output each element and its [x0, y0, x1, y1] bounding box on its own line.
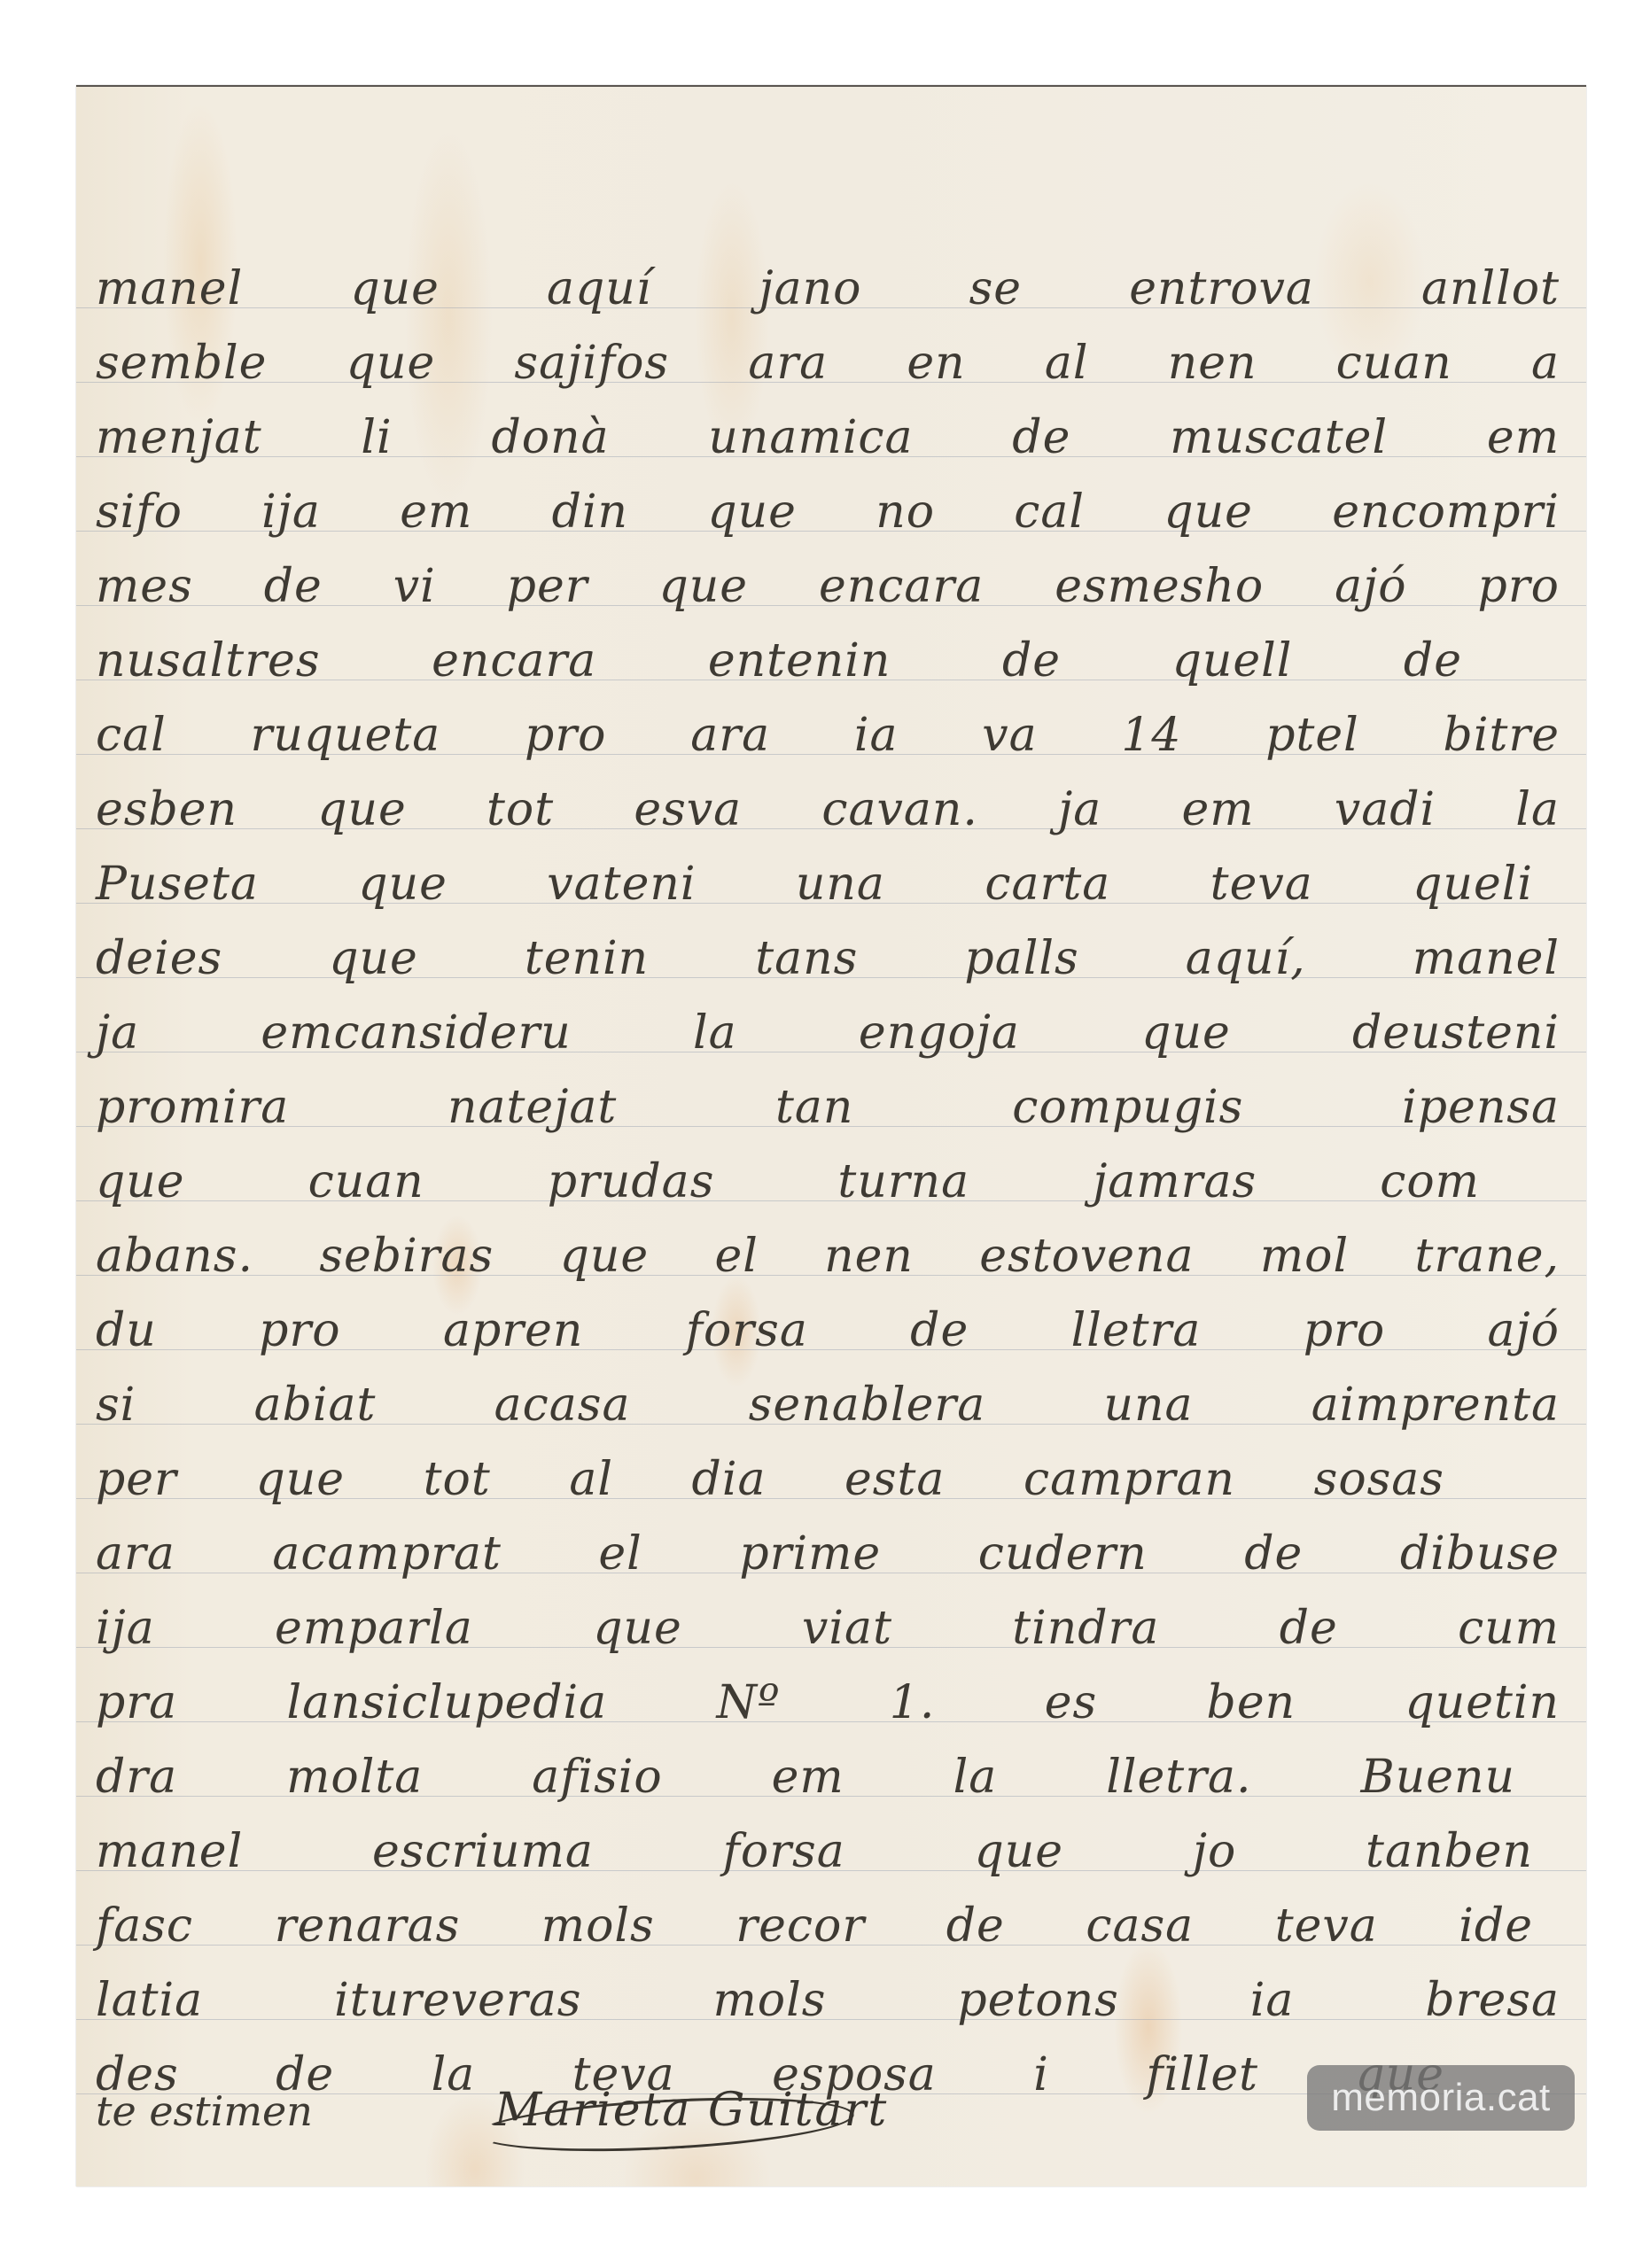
letter-line: mes de vi per que encara esmesho ajó pro: [96, 560, 1560, 613]
signature: Marieta Guitart: [494, 2084, 888, 2137]
letter-line: dra molta afisio em la lletra. Buenu: [96, 1751, 1515, 1804]
letter-line: manel que aquí jano se entrova anllot: [96, 262, 1560, 315]
letter-line: deies que tenin tans palls aquí, manel: [96, 932, 1560, 985]
letter-line: ara acamprat el prime cudern de dibuse: [96, 1527, 1560, 1581]
letter-line: fasc renaras mols recor de casa teva ide: [96, 1899, 1533, 1953]
closing-and-signature: te estimen Marieta Guitart: [96, 2087, 1248, 2149]
letter-line: promira natejat tan compugis ipensa: [96, 1081, 1560, 1134]
letter-line: nusaltres encara entenin de quell de: [96, 634, 1462, 687]
letter-line: abans. sebiras que el nen estovena mol t…: [96, 1230, 1560, 1283]
letter-line: esben que tot esva cavan. ja em vadi la: [96, 783, 1560, 836]
letter-line: cal ruqueta pro ara ia va 14 ptel bitre: [96, 709, 1560, 762]
letter-line: manel escriuma forsa que jo tanben: [96, 1825, 1533, 1878]
watermark-text: memoria.cat: [1331, 2076, 1551, 2120]
letter-line: que cuan prudas turna jamras com: [96, 1155, 1480, 1208]
letter-line: semble que sajifos ara en al nen cuan a: [96, 337, 1560, 390]
letter-line: Puseta que vateni una carta teva queli: [96, 858, 1533, 911]
watermark-badge: memoria.cat: [1307, 2065, 1575, 2131]
letter-line: du pro apren forsa de lletra pro ajó: [96, 1304, 1560, 1357]
letter-line: menjat li donà unamica de muscatel em: [96, 411, 1560, 464]
letter-line: pra lansiclupedia Nº 1. es ben quetin: [96, 1676, 1560, 1729]
letter-line: si abiat acasa senablera una aimprenta: [96, 1379, 1560, 1432]
closing-text: te estimen: [96, 2087, 313, 2135]
letter-line: ja emcansideru la engoja que deusteni: [96, 1006, 1560, 1060]
letter-line: latia itureveras mols petons ia bresa: [96, 1974, 1560, 2027]
letter-page: manel que aquí jano se entrova anllot se…: [76, 85, 1586, 2186]
letter-line: per que tot al dia esta campran sosas: [96, 1453, 1444, 1506]
letter-line: sifo ija em din que no cal que encompri: [96, 485, 1560, 539]
letter-line: ija emparla que viat tindra de cum: [96, 1602, 1560, 1655]
